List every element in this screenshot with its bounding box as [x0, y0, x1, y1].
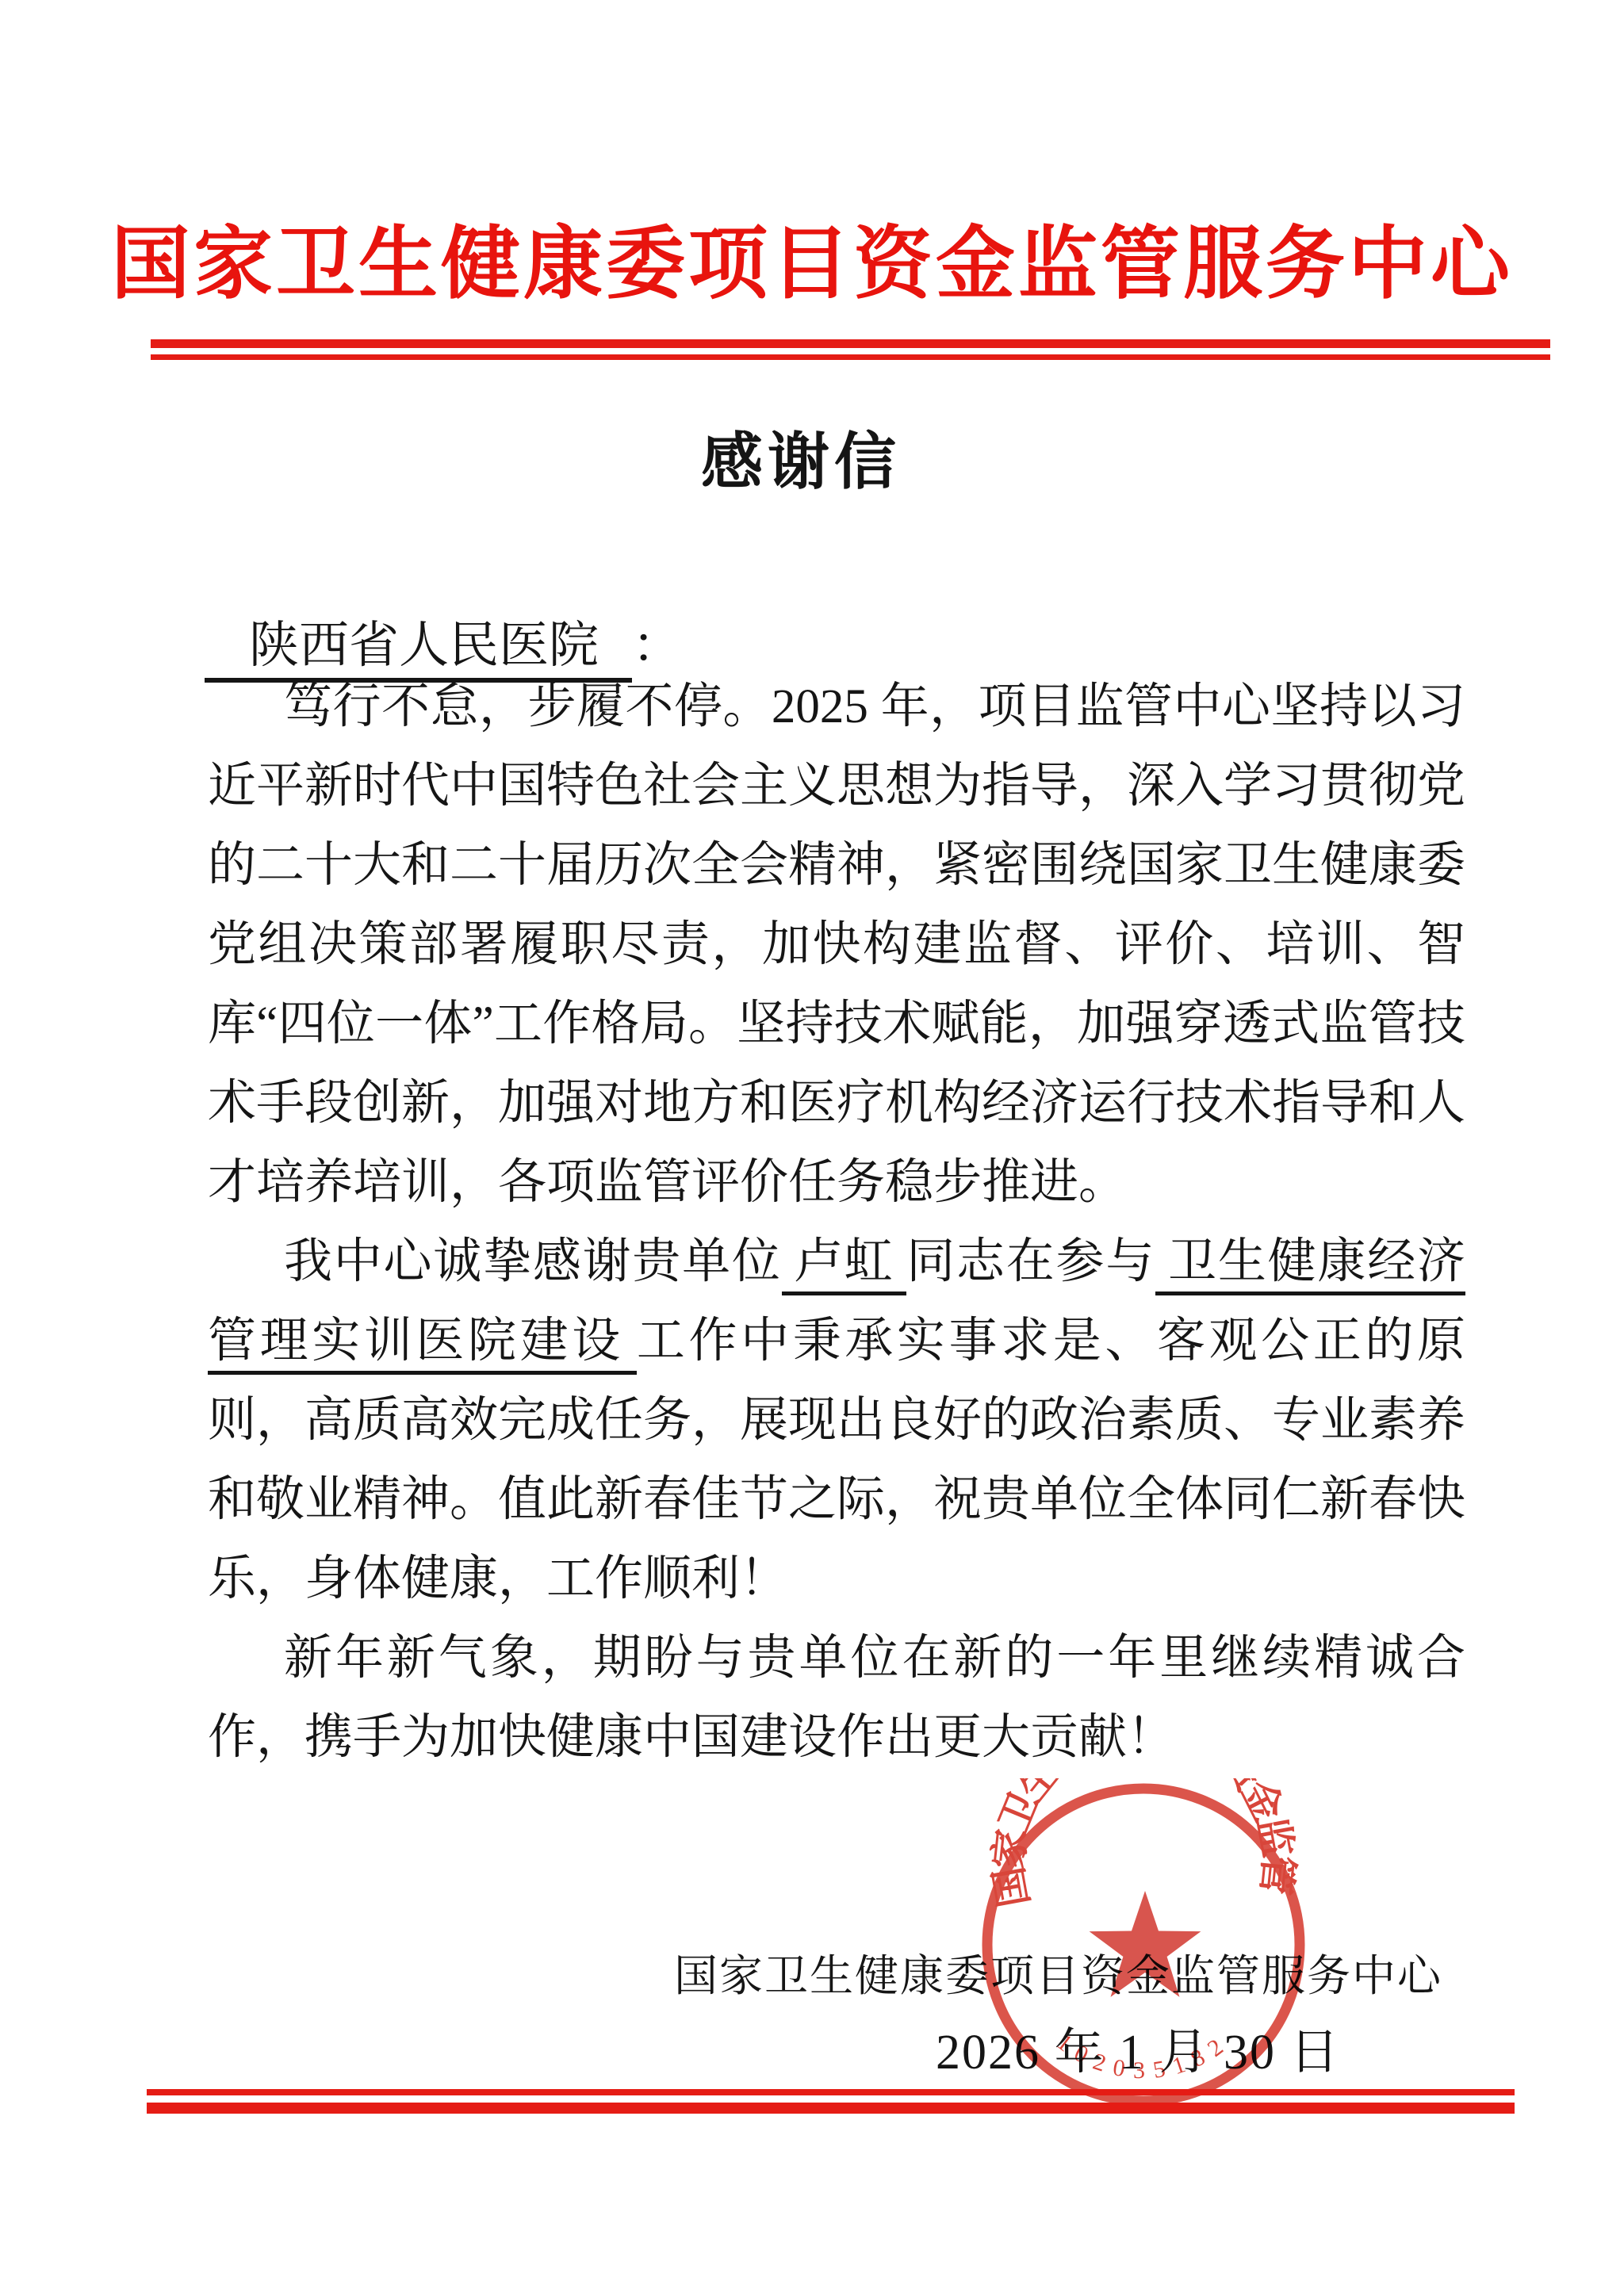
official-seal: 国家卫生健康委项目资金监管服务中心 102035182	[977, 1778, 1310, 2111]
paragraph-text: 我中心诚挚感谢贵单位	[284, 1235, 782, 1288]
footer-rule-thin	[147, 2089, 1515, 2095]
seal-code: 102035182	[1052, 2028, 1236, 2084]
seal-ring-text: 国家卫生健康委项目资金监管服务中心	[977, 1778, 1301, 1911]
letterhead-title: 国家卫生健康委项目资金监管服务中心	[0, 219, 1624, 310]
paragraph: 我中心诚挚感谢贵单位卢虹同志在参与卫生健康经济管理实训医院建设工作中秉承实事求是…	[208, 1223, 1465, 1619]
header-rule-thin	[151, 354, 1550, 360]
star-icon	[1090, 1891, 1201, 1997]
footer-rule-thick	[147, 2103, 1515, 2114]
recipient-colon: ：	[632, 618, 682, 673]
paragraph-text: 同志在参与	[906, 1235, 1155, 1288]
header-rule-thick	[151, 339, 1550, 348]
letter-page: 国家卫生健康委项目资金监管服务中心 感谢信 陕西省人民医院： 笃行不怠，步履不停…	[0, 0, 1624, 2296]
letter-body: 笃行不怠，步履不停。2025 年，项目监管中心坚持以习近平新时代中国特色社会主义…	[208, 668, 1465, 1777]
paragraph: 新年新气象，期盼与贵单位在新的一年里继续精诚合作，携手为加快健康中国建设作出更大…	[208, 1619, 1465, 1777]
paragraph: 笃行不怠，步履不停。2025 年，项目监管中心坚持以习近平新时代中国特色社会主义…	[208, 668, 1465, 1223]
paragraph-text: 笃行不怠，步履不停。2025 年，项目监管中心坚持以习近平新时代中国特色社会主义…	[208, 680, 1465, 1209]
underlined-fill-in: 卢虹	[782, 1235, 907, 1295]
letter-title: 感谢信	[0, 427, 1602, 498]
paragraph-text: 新年新气象，期盼与贵单位在新的一年里继续精诚合作，携手为加快健康中国建设作出更大…	[208, 1632, 1465, 1764]
